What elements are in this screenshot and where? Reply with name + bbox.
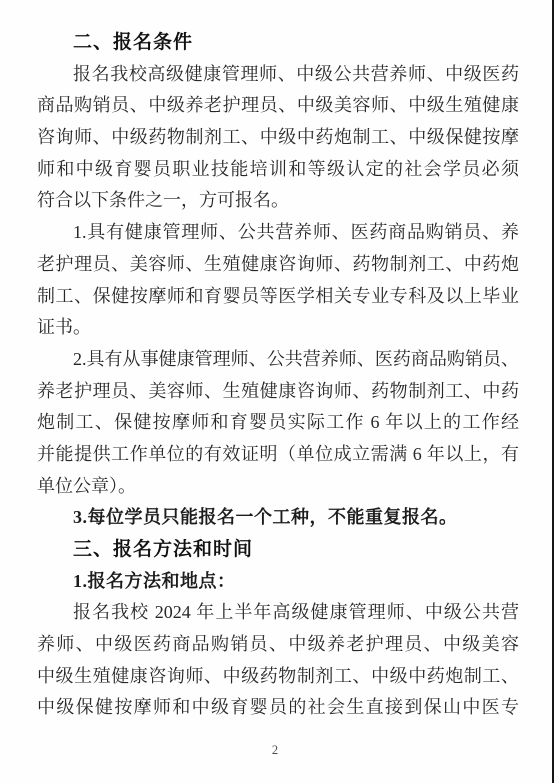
paragraph: 1.具有健康管理师、公共营养师、医药商品购销员、养老护理员、美容师、生殖健康咨询…: [37, 217, 519, 344]
text-line: 单位公章）。: [37, 471, 519, 503]
document-page: 二、报名条件报名我校高级健康管理师、中级公共营养师、中级医药商品购销员、中级养老…: [0, 0, 554, 783]
text-line: 咨询师、中级药物制剂工、中级中药炮制工、中级保健按摩: [37, 122, 519, 154]
document-body: 二、报名条件报名我校高级健康管理师、中级公共营养师、中级医药商品购销员、中级养老…: [0, 0, 552, 724]
text-line: 三、报名方法和时间: [37, 534, 519, 566]
page-number: 2: [0, 743, 550, 758]
text-line: 3.每位学员只能报名一个工种，不能重复报名。: [37, 502, 519, 534]
paragraph: 报名我校 2024 年上半年高级健康管理师、中级公共营养师、中级医药商品购销员、…: [37, 597, 519, 724]
text-line: 养师、中级医药商品购销员、中级养老护理员、中级美容师、: [37, 629, 519, 661]
text-line: 商品购销员、中级养老护理员、中级美容师、中级生殖健康: [37, 90, 519, 122]
paragraph: 1.报名方法和地点：: [37, 566, 519, 598]
text-line: 1.具有健康管理师、公共营养师、医药商品购销员、养: [37, 217, 519, 249]
text-line: 中级生殖健康咨询师、中级药物制剂工、中级中药炮制工、: [37, 661, 519, 693]
text-line: 老护理员、美容师、生殖健康咨询师、药物制剂工、中药炮: [37, 249, 519, 281]
text-line: 并能提供工作单位的有效证明（单位成立需满 6 年以上，有: [37, 439, 519, 471]
text-line: 二、报名条件: [37, 27, 519, 59]
text-line: 2.具有从事健康管理师、公共营养师、医药商品购销员、: [37, 344, 519, 376]
text-line: 中级保健按摩师和中级育婴员的社会生直接到保山中医专: [37, 692, 519, 724]
paragraph: 报名我校高级健康管理师、中级公共营养师、中级医药商品购销员、中级养老护理员、中级…: [37, 59, 519, 217]
paragraph: 3.每位学员只能报名一个工种，不能重复报名。: [37, 502, 519, 534]
text-line: 符合以下条件之一，方可报名。: [37, 185, 519, 217]
text-line: 证书。: [37, 312, 519, 344]
text-line: 制工、保健按摩师和育婴员等医学相关专业专科及以上毕业: [37, 281, 519, 313]
text-line: 报名我校 2024 年上半年高级健康管理师、中级公共营: [37, 597, 519, 629]
text-line: 炮制工、保健按摩师和育婴员实际工作 6 年以上的工作经历，: [37, 407, 519, 439]
text-line: 师和中级育婴员职业技能培训和等级认定的社会学员必须: [37, 154, 519, 186]
section-heading: 二、报名条件: [37, 27, 519, 59]
text-line: 养老护理员、美容师、生殖健康咨询师、药物制剂工、中药: [37, 376, 519, 408]
text-line: 1.报名方法和地点：: [37, 566, 519, 598]
paragraph: 2.具有从事健康管理师、公共营养师、医药商品购销员、养老护理员、美容师、生殖健康…: [37, 344, 519, 502]
section-heading: 三、报名方法和时间: [37, 534, 519, 566]
text-line: 报名我校高级健康管理师、中级公共营养师、中级医药: [37, 59, 519, 91]
